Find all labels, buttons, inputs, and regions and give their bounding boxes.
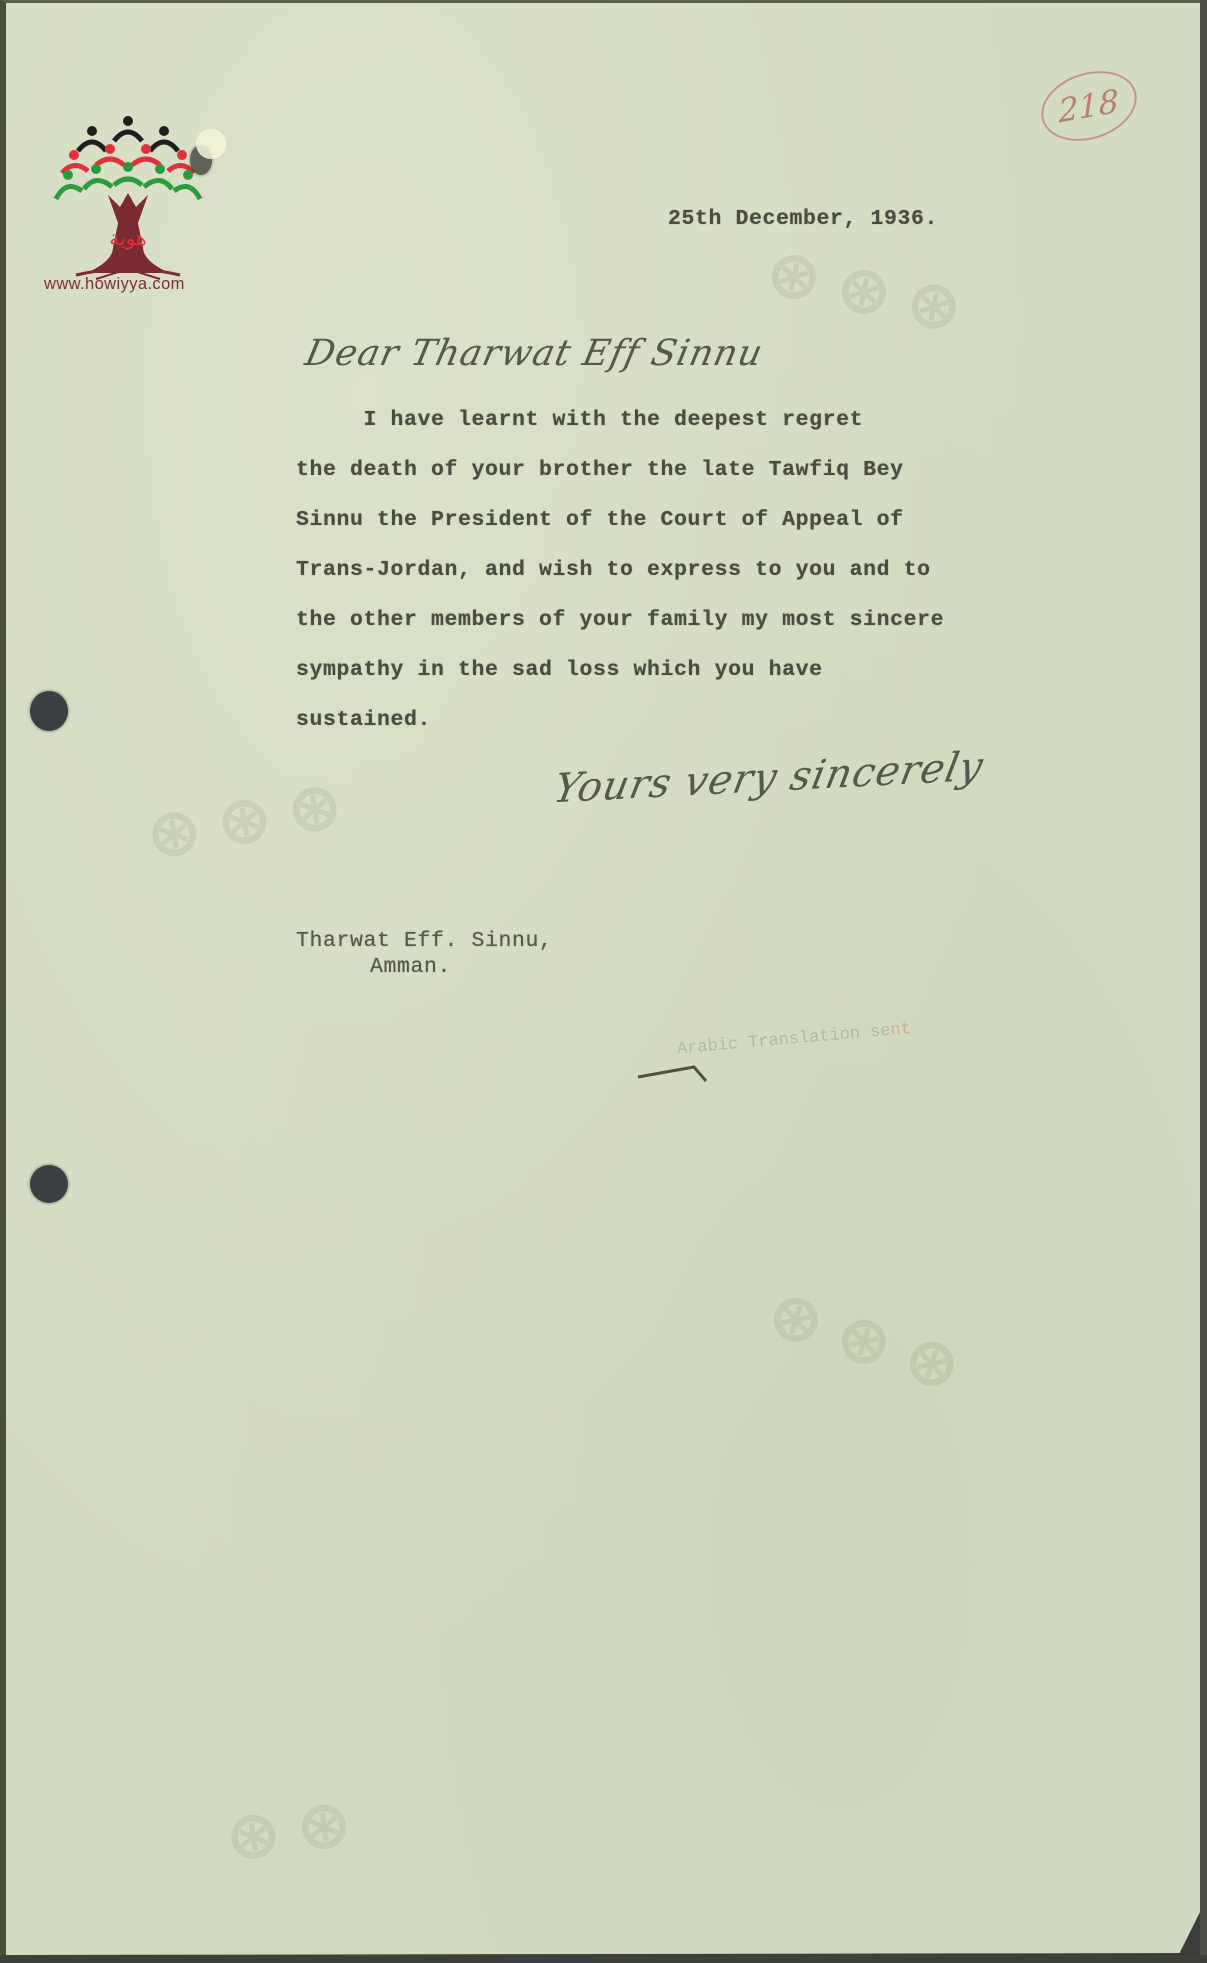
body-line: sympathy in the sad loss which you have — [296, 658, 823, 682]
smudge-light — [196, 129, 226, 159]
body-line: I have learnt with the deepest regret — [296, 408, 863, 432]
background-stamp: ⊛ ⊛ ⊛ — [759, 1274, 969, 1406]
body-line: Trans-Jordan, and wish to express to you… — [296, 558, 931, 582]
recipient-name: Tharwat Eff. Sinnu, — [296, 929, 553, 953]
closing: Yours very sincerely — [550, 744, 988, 813]
background-stamp: ⊛ ⊛ ⊛ — [760, 233, 968, 347]
letter-page: ⊛ ⊛ ⊛ ⊛ ⊛ ⊛ ⊛ ⊛ ⊛ ⊛ ⊛ 218 — [0, 0, 1200, 1955]
body-line: the death of your brother the late Tawfi… — [296, 458, 904, 482]
punch-hole-bottom — [30, 1165, 68, 1203]
annotation-red: nt — [890, 1020, 912, 1041]
body-line: sustained. — [296, 708, 431, 732]
punch-hole-top — [30, 691, 68, 731]
annotation-text: Translation se — [748, 1022, 892, 1053]
check-mark-icon — [636, 1055, 716, 1085]
body-line: Sinnu the President of the Court of Appe… — [296, 508, 904, 532]
svg-text:هوية: هوية — [109, 226, 146, 250]
background-stamp: ⊛ ⊛ ⊛ — [141, 767, 347, 875]
scan-edge-right — [1200, 0, 1207, 1963]
scan-edge-bottom — [0, 1955, 1207, 1963]
background-stamp: ⊛ ⊛ — [221, 1785, 355, 1877]
letter-date: 25th December, 1936. — [668, 207, 938, 231]
recipient-city: Amman. — [370, 955, 451, 979]
watermark-url: www.howiyya.com — [44, 275, 185, 294]
salutation: Dear Tharwat Eff Sinnu — [302, 333, 767, 374]
body-line: the other members of your family my most… — [296, 608, 944, 632]
